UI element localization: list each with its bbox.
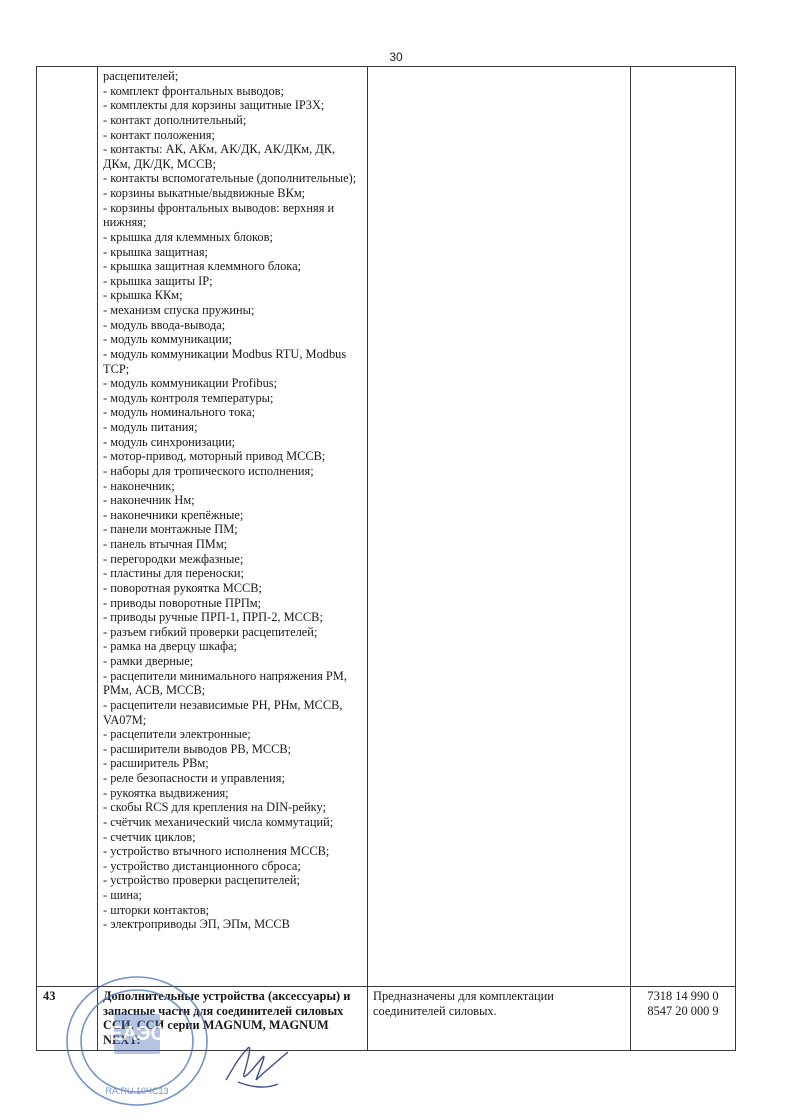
svg-text:RA.RU.10ЧС13: RA.RU.10ЧС13: [105, 1086, 168, 1096]
table-row-43: 43 Дополнительные устройства (аксессуары…: [37, 987, 736, 1051]
list-item: - модуль коммуникации Profibus;: [103, 376, 362, 391]
list-item: - панели монтажные ПМ;: [103, 522, 362, 537]
list-item: - перегородки межфазные;: [103, 552, 362, 567]
list-item: - модуль коммуникации;: [103, 332, 362, 347]
list-item: - расцепители минимального напряжения РМ…: [103, 669, 362, 698]
list-item: - наконечники крепёжные;: [103, 508, 362, 523]
list-item: - приводы поворотные ПРПм;: [103, 596, 362, 611]
list-item: - модуль ввода-вывода;: [103, 318, 362, 333]
list-item: - наборы для тропического исполнения;: [103, 464, 362, 479]
table-row-continued: расцепителей;- комплект фронтальных выво…: [37, 67, 736, 987]
list-item: - модуль коммуникации Modbus RTU, Modbus…: [103, 347, 362, 376]
list-item: - крышка ККм;: [103, 288, 362, 303]
list-item: - контакты вспомогательные (дополнительн…: [103, 171, 362, 186]
list-item: - модуль номинального тока;: [103, 405, 362, 420]
list-item: - реле безопасности и управления;: [103, 771, 362, 786]
cell-number: 43: [37, 987, 98, 1051]
list-item: - контакт положения;: [103, 128, 362, 143]
list-item: - скобы RCS для крепления на DIN-рейку;: [103, 800, 362, 815]
cell-items: расцепителей;- комплект фронтальных выво…: [98, 67, 368, 987]
list-item: - устройство дистанционного сброса;: [103, 859, 362, 874]
list-item: - контакт дополнительный;: [103, 113, 362, 128]
list-item: - мотор-привод, моторный привод МССВ;: [103, 449, 362, 464]
cell-codes: [631, 67, 736, 987]
list-item: - устройство проверки расцепителей;: [103, 873, 362, 888]
list-item: - крышка для клеммных блоков;: [103, 230, 362, 245]
list-item: - рамки дверные;: [103, 654, 362, 669]
list-item: - крышка защиты IP;: [103, 274, 362, 289]
list-item: - счётчик механический числа коммутаций;: [103, 815, 362, 830]
list-item: - разъем гибкий проверки расцепителей;: [103, 625, 362, 640]
list-item: - панель втычная ПМм;: [103, 537, 362, 552]
list-item: - счетчик циклов;: [103, 830, 362, 845]
list-item: - расширители выводов РВ, МССВ;: [103, 742, 362, 757]
list-item: - контакты: АК, АКм, АК/ДК, АК/ДКм, ДК, …: [103, 142, 362, 171]
list-item: - комплекты для корзины защитные IP3X;: [103, 98, 362, 113]
tnved-code: 7318 14 990 0: [636, 989, 730, 1004]
list-item: - модуль контроля температуры;: [103, 391, 362, 406]
list-item: - устройство втычного исполнения МССВ;: [103, 844, 362, 859]
list-item: - шторки контактов;: [103, 903, 362, 918]
list-item: - рукоятка выдвижения;: [103, 786, 362, 801]
list-item: - модуль питания;: [103, 420, 362, 435]
list-item: - механизм спуска пружины;: [103, 303, 362, 318]
list-item: - корзины выкатные/выдвижные ВКм;: [103, 186, 362, 201]
list-item: - расцепители электронные;: [103, 727, 362, 742]
list-item: - крышка защитная клеммного блока;: [103, 259, 362, 274]
list-item: - наконечник Нм;: [103, 493, 362, 508]
cell-number: [37, 67, 98, 987]
accessory-list: расцепителей;- комплект фронтальных выво…: [103, 69, 362, 932]
list-item: - наконечник;: [103, 479, 362, 494]
page-number: 30: [0, 50, 792, 64]
cell-purpose: [368, 67, 631, 987]
list-item: - приводы ручные ПРП-1, ПРП-2, МССВ;: [103, 610, 362, 625]
cell-purpose: Предназначены для комплектации соедините…: [368, 987, 631, 1051]
list-item: - шина;: [103, 888, 362, 903]
list-item: - крышка защитная;: [103, 245, 362, 260]
list-item: - корзины фронтальных выводов: верхняя и…: [103, 201, 362, 230]
list-item: - поворотная рукоятка МССВ;: [103, 581, 362, 596]
list-item: - электроприводы ЭП, ЭПм, МССВ: [103, 917, 362, 932]
cell-name: Дополнительные устройства (аксессуары) и…: [98, 987, 368, 1051]
list-item: - рамка на дверцу шкафа;: [103, 639, 362, 654]
list-item: - комплект фронтальных выводов;: [103, 84, 362, 99]
list-item: - расширитель РВм;: [103, 756, 362, 771]
list-item: - модуль синхронизации;: [103, 435, 362, 450]
list-item: - расцепители независимые РН, РНм, МССВ,…: [103, 698, 362, 727]
tnved-code: 8547 20 000 9: [636, 1004, 730, 1019]
list-item: - пластины для переноски;: [103, 566, 362, 581]
product-table: расцепителей;- комплект фронтальных выво…: [36, 66, 736, 1051]
list-item: расцепителей;: [103, 69, 362, 84]
cell-codes: 7318 14 990 0 8547 20 000 9: [631, 987, 736, 1051]
